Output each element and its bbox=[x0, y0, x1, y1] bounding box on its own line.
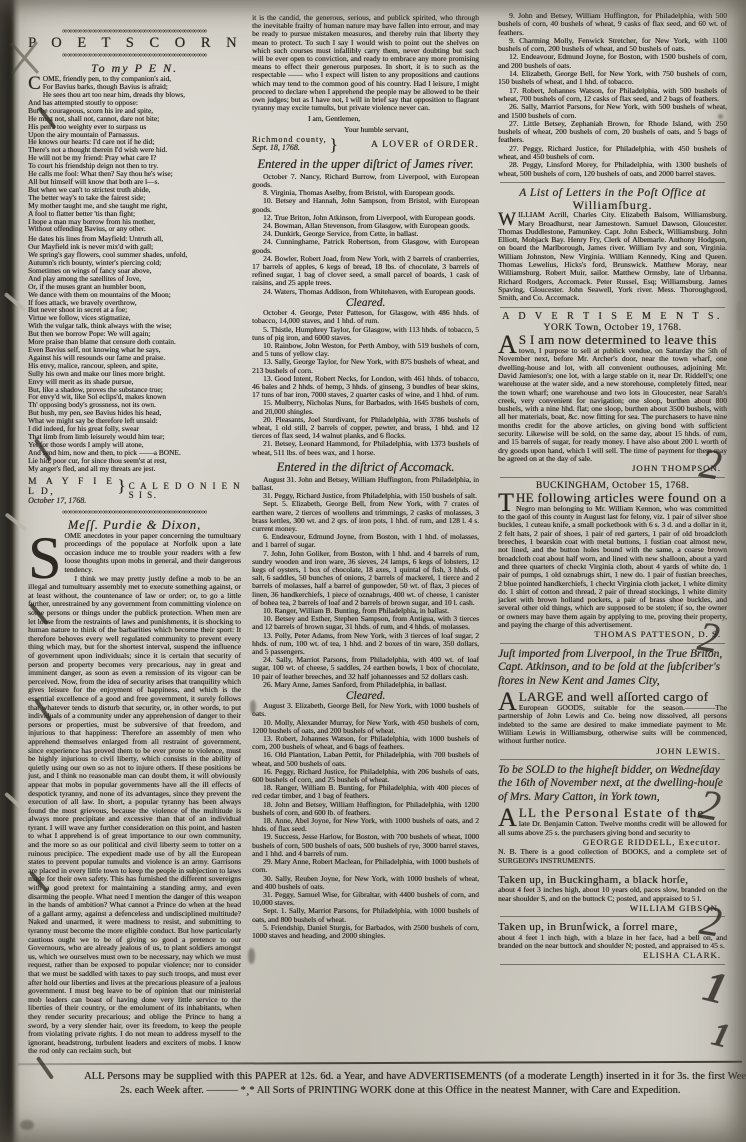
ad-catton-estate: To be SOLD to the higheſt bidder, on Wed… bbox=[498, 764, 727, 865]
ship-entry: 15. Mulberry, Nicholas Nuns, for Barbado… bbox=[252, 399, 479, 415]
ship-entry: 24. Bowler, Robert Joad, from New York, … bbox=[252, 255, 479, 288]
letters-list: WILLIAM Acrill, Charles City. Elizabeth … bbox=[498, 211, 727, 302]
letter-body: I think we may pretty justly define a mo… bbox=[28, 575, 241, 1056]
ship-entry: 19. Success, Jesse Harlow, for Boston, w… bbox=[252, 833, 479, 858]
binding-edge bbox=[0, 0, 20, 1142]
ad-nb-note: N. B. There is a good collection of BOOK… bbox=[498, 848, 727, 865]
ad-italic-heading: Juſt imported from Liverpool, in the Tru… bbox=[498, 648, 727, 689]
ad-signature: THOMAS PATTESON, D. S. bbox=[498, 630, 721, 638]
ship-entry: 24. Sally, Marriot Parsons, from Philade… bbox=[252, 656, 479, 681]
closing-line-2: Your humble servant, bbox=[252, 126, 479, 134]
ship-entry: August 31. John and Betsey, William Huff… bbox=[252, 476, 479, 492]
ship-entry: 10. Rainbow, John Weston, for Perth Ambo… bbox=[252, 342, 479, 358]
ad-signature: WILLIAM GIBSON. bbox=[498, 904, 721, 912]
ship-entry: 16. Old Plantation, Laban Pettit, for Ph… bbox=[252, 751, 479, 767]
accomack-entered-list: August 31. John and Betsey, William Huff… bbox=[252, 476, 479, 689]
ad-body: Taken up, in Brunſwick, a ſorrel mare,ab… bbox=[498, 921, 727, 950]
ad-lead: Taken up, in Buckingham, a black horſe, bbox=[498, 874, 688, 886]
footer-rule bbox=[18, 1061, 742, 1066]
letters-list-text: ILLIAM Acrill, Charles City. Elizabeth B… bbox=[498, 210, 727, 302]
ad-lead: LL the Personal Estate of the bbox=[519, 805, 705, 820]
accomack-heading: Entered in the diſtrict of Accomack. bbox=[252, 460, 479, 474]
ship-entry: August 3. Elizabeth, George Bell, for Ne… bbox=[252, 702, 479, 718]
ship-entry: October 4. George, Peter Patteson, for G… bbox=[252, 309, 479, 325]
brace-glyph: } bbox=[327, 136, 341, 154]
ship-entry: 16. Peggy, Richard Justice, for Philadel… bbox=[252, 768, 479, 784]
letter-lead-text: OME anecdotes in your paper concerning t… bbox=[64, 531, 241, 574]
dropcap-a: A bbox=[498, 690, 519, 712]
signature-date: October 17, 1768. bbox=[28, 497, 114, 506]
cleared-heading: Cleared. bbox=[252, 692, 479, 700]
section-rule bbox=[500, 869, 725, 870]
ship-entry: 13. Robert, Johannes Watson, for Philade… bbox=[252, 735, 479, 751]
signature-name: C A L E D O N I E N S I S. bbox=[129, 482, 241, 499]
ad-buckingham: BUCKINGHAM, October 15, 1768. THE follow… bbox=[498, 482, 727, 639]
section-rule bbox=[500, 916, 725, 917]
james-entered-list: October 7. Nancy, Richard Burrow, from L… bbox=[252, 173, 479, 296]
ad-york: YORK Town, October 19, 1768. AS I am now… bbox=[498, 324, 727, 473]
closing-line-1: I am, Gentlemen, bbox=[252, 115, 479, 123]
ad-lead: Taken up, in Brunſwick, a ſorrel mare, bbox=[498, 921, 678, 933]
ship-entry: 31. Peggy, Samuel Wise, for Gibraltar, w… bbox=[252, 891, 479, 907]
ship-entry: 24. Cunninghame, Patrick Robertson, from… bbox=[252, 238, 479, 254]
closing-date: Sept. 18, 1768. bbox=[252, 144, 327, 152]
ship-entry: 10. Molly, Alexander Murray, for New Yor… bbox=[252, 719, 479, 735]
ship-entry: 5. Thistle, Humphrey Taylor, for Glasgow… bbox=[252, 326, 479, 342]
cleared-continuation-list: 9. John and Betsey, William Huffington, … bbox=[498, 12, 727, 178]
signature-place: M A Y F I E L D, bbox=[28, 477, 114, 497]
chain-ornament: ∞∞∞∞∞∞∞∞∞∞∞∞∞∞∞∞∞∞∞∞∞∞∞∞∞∞∞∞∞ bbox=[28, 507, 241, 517]
poem-signature: M A Y F I E L D, October 17, 1768. } C A… bbox=[28, 477, 241, 506]
ship-entry: Sept. 1. Sally, Marriot Parsons, for Phi… bbox=[252, 907, 479, 923]
ship-entry: 13. Good Intent, Robert Necks, for Londo… bbox=[252, 375, 479, 400]
ad-signature: ELISHA CLARK. bbox=[498, 951, 721, 959]
newspaper-page: ∞∞∞∞∞∞∞∞∞∞∞∞∞∞∞∞∞∞∞∞∞∞∞∞∞∞∞∞∞ P O E T S … bbox=[0, 0, 746, 1142]
ship-entry: 17. Robert, Johannes Watson, for Philade… bbox=[498, 87, 727, 104]
ship-entry: 26. Mary Anne, James Sanford, from Phila… bbox=[252, 681, 479, 689]
ship-entry: 14. Elizabeth, George Bell, for New York… bbox=[498, 70, 727, 87]
ad-body: ALL the Personal Estate of thelate Dr. B… bbox=[498, 806, 727, 837]
section-rule bbox=[500, 643, 725, 644]
ad-italic-heading: To be SOLD to the higheſt bidder, on Wed… bbox=[498, 764, 727, 805]
ship-entry: 24. Waters, Thomas Addison, from Whiteha… bbox=[252, 288, 479, 296]
ship-entry: 20. Pleasants, Joel Sturdivant, for Phil… bbox=[252, 416, 479, 441]
ad-lead: LARGE and well aſſorted cargo of bbox=[519, 689, 709, 704]
ship-entry: 13. Polly, Peter Adams, from New York, w… bbox=[252, 632, 479, 657]
ad-liverpool: Juſt imported from Liverpool, in the Tru… bbox=[498, 648, 727, 755]
column-3: 9. John and Betsey, William Huffington, … bbox=[498, 12, 727, 1062]
poem-text-1: OME, friendly pen, to thy companion's ai… bbox=[28, 74, 185, 233]
ship-entry: 28. Peggy, Linsford Morey, for Philadelp… bbox=[498, 161, 727, 178]
dropcap-w: W bbox=[498, 211, 518, 227]
ad-black-horse: Taken up, in Buckingham, a black horſe,a… bbox=[498, 874, 727, 912]
ship-entry: 27. Little Betsey, Zephaniah Brown, for … bbox=[498, 120, 727, 145]
letter-signature: Richmond county, Sept. 18, 1768. } A LOV… bbox=[252, 136, 479, 154]
ad-sorrel-mare: Taken up, in Brunſwick, a ſorrel mare,ab… bbox=[498, 921, 727, 959]
dropcap-t: T bbox=[498, 491, 516, 513]
column-2: it is the candid, the generous, serious,… bbox=[252, 14, 479, 1060]
brace-glyph: } bbox=[114, 477, 128, 495]
advertisements-heading: A D V E R T I S E M E N T S. bbox=[498, 313, 727, 321]
ad-body: ALARGE and well aſſorted cargo ofEuropea… bbox=[498, 690, 727, 745]
ad-body-text: town, I purpose to sell at publick vendu… bbox=[498, 346, 727, 463]
letter-lead: SOME anecdotes in your paper concerning … bbox=[28, 532, 241, 575]
dropcap-s: S bbox=[28, 532, 64, 582]
section-rule bbox=[500, 182, 725, 183]
ad-dateline: BUCKINGHAM, October 15, 1768. bbox=[498, 482, 727, 490]
ad-signature: GEORGE RIDDELL, Executor. bbox=[498, 838, 721, 846]
section-rule bbox=[500, 477, 725, 478]
section-rule bbox=[500, 964, 725, 965]
ad-dateline: YORK Town, October 19, 1768. bbox=[498, 324, 727, 332]
ship-entry: 30. Sally, Reuben Joyne, for New York, w… bbox=[252, 875, 479, 891]
subscription-footer: ALL Persons may be supplied with this PA… bbox=[84, 1070, 746, 1097]
james-cleared-list: October 4. George, Peter Patteson, for G… bbox=[252, 309, 479, 457]
accomack-cleared-list: August 3. Elizabeth, George Bell, for Ne… bbox=[252, 702, 479, 940]
ship-entry: 6. Endeavour, Edmund Joyne, from Boston,… bbox=[252, 533, 479, 549]
ad-body: Taken up, in Buckingham, a black horſe,a… bbox=[498, 874, 727, 903]
ship-entry: 9. Charming Molly, Fenwick Stretcher, fo… bbox=[498, 37, 727, 54]
ship-entry: October 7. Nancy, Richard Burrow, from L… bbox=[252, 173, 479, 189]
column-1: ∞∞∞∞∞∞∞∞∞∞∞∞∞∞∞∞∞∞∞∞∞∞∞∞∞∞∞∞∞ P O E T S … bbox=[28, 24, 241, 1060]
ad-body-text: Negro man belonging to Mr. William Kenno… bbox=[498, 504, 727, 629]
poem-title: To my P E N. bbox=[28, 64, 241, 73]
ship-entry: 18. Ranger, William B. Bunting, for Phil… bbox=[252, 784, 479, 800]
chain-ornament: ∞∞∞∞∞∞∞∞∞∞∞∞∞∞∞∞∞∞∞∞∞∞∞∞∞∞∞∞∞ bbox=[28, 50, 241, 60]
ink-speck bbox=[20, 1120, 34, 1130]
ship-entry: 12. Endeavour, Edmund Joyne, for Boston,… bbox=[498, 53, 727, 70]
dropcap-a: A bbox=[498, 333, 519, 355]
poem-stanza-2: He dates his lines from Mayfield: Untrut… bbox=[28, 235, 241, 472]
poem-stanza-1: COME, friendly pen, to thy companion's a… bbox=[28, 75, 241, 233]
ship-entry: 10. Betsey and Esther, Stephen Sampson, … bbox=[252, 615, 479, 631]
james-river-heading: Entered in the upper diſtrict of James r… bbox=[252, 157, 479, 171]
poets-corner-title: P O E T S C O R N E R. bbox=[28, 39, 241, 48]
ship-entry: 9. John and Betsey, William Huffington, … bbox=[498, 12, 727, 37]
ship-entry: 29. Mary Anne, Robert Maclean, for Phila… bbox=[252, 858, 479, 874]
cleared-heading: Cleared. bbox=[252, 299, 479, 307]
ship-entry: 21. Betsey, Leonard Hammond, for Philade… bbox=[252, 440, 479, 456]
ad-signature: JOHN LEWIS. bbox=[498, 747, 721, 755]
ship-entry: 7. John, John Goliker, from Boston, with… bbox=[252, 550, 479, 607]
ship-entry: 26. Sally, Marriot Parsons, for New York… bbox=[498, 103, 727, 120]
ship-entry: 27. Peggy, Richard Justice, for Philadel… bbox=[498, 145, 727, 162]
post-office-heading-2: Williamſburg. bbox=[498, 201, 727, 209]
ad-lead: S I am now determined to leave this bbox=[519, 332, 717, 347]
ink-speck bbox=[736, 300, 742, 330]
section-rule bbox=[500, 307, 725, 308]
ad-signature: JOHN THOMPSON. bbox=[498, 464, 721, 472]
ad-body-text: about 4 feet 1 inch high, with a blaze i… bbox=[498, 933, 727, 950]
ad-body: AS I am now determined to leave thistown… bbox=[498, 333, 727, 463]
ad-body-text: European GOODS, suitable for the season.… bbox=[498, 703, 727, 745]
ship-entry: 5. Friendship, Daniel Sturgis, for Barba… bbox=[252, 924, 479, 940]
closing-name: A LOVER of ORDER. bbox=[371, 141, 479, 149]
ship-entry: 13. Sally, George Taylor, for New York, … bbox=[252, 358, 479, 374]
ship-entry: 18. John and Betsey, William Huffington,… bbox=[252, 801, 479, 817]
ship-entry: 10. Betsey and Hannah, John Sampson, fro… bbox=[252, 197, 479, 213]
dropcap-a: A bbox=[498, 806, 519, 828]
ad-lead: HE following articles were found on a bbox=[516, 490, 726, 505]
letter-continuation: it is the candid, the generous, serious,… bbox=[252, 14, 479, 112]
ad-body-text: late Dr. Benjamin Catton. Twelve months … bbox=[498, 819, 727, 836]
ad-body-text: about 4 feet 3 inches high, about 10 yea… bbox=[498, 885, 727, 902]
section-rule bbox=[500, 759, 725, 760]
dropcap-c: C bbox=[28, 75, 43, 91]
ship-entry: Sept. 5. Elizabeth, George Bell, from Ne… bbox=[252, 500, 479, 533]
ship-entry: 18. Anne, Abel Joyne, for New York, with… bbox=[252, 817, 479, 833]
ad-body: THE following articles were found on aNe… bbox=[498, 491, 727, 629]
